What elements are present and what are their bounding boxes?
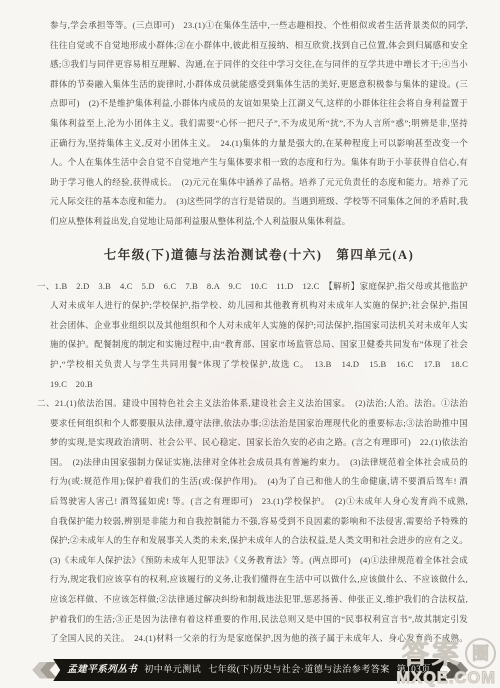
answer-text-line: (3)《未成年人保护法》《预防未成年人犯罪法》《义务教育法》等。(两点即可) (… xyxy=(50,551,468,571)
test-section-heading: 七年级(下)道德与法治测试卷(十六) 第四单元(A) xyxy=(50,245,468,265)
subject-title: 七年级(下)历史与社会·道德与法治参考答案 xyxy=(208,664,390,675)
answer-text-line: 人对未成年人进行的保护;学校保护,指学校、幼儿园和其他教育机构对未成年人实施的保… xyxy=(50,296,468,316)
answer-text-line: 行为,规定我们应该享有的权利,应该履行的义务,让我们懂得在生活中可以做什么,应该… xyxy=(50,570,468,590)
answer-site-watermark: 答案 圈 MXQE.COM xyxy=(396,638,496,687)
answer-text-line: 参与,学会承担等等。(三点即可) 23.(1)①在集体生活中,一些志趣相投、个性… xyxy=(50,16,468,36)
test-type: 初中单元测试 xyxy=(144,664,201,675)
footer-ribbon: 孟建平系列丛书 初中单元测试 七年级(下)历史与社会·道德与法治参考答案 第10… xyxy=(53,659,447,681)
page-content: 参与,学会承担等等。(三点即可) 23.(1)①在集体生活中,一些志趣相投、个性… xyxy=(0,0,500,649)
watermark-circle-badge-icon: 圈 xyxy=(465,638,496,669)
answer-text-line: 应该怎样做、不应该怎样做;②法律通过解决纠纷和制裁违法犯罪,惩恶扬善、伸张正义,… xyxy=(50,590,468,610)
answer-text-line: 二、21.(1)依法治国。建设中国特色社会主义法治体系,建设社会主义法治国家。 … xyxy=(37,394,468,414)
answer-text-line: 集体利益至上,沦为小团体主义。我们需要“心怀一把尺子”,不为成见所“扰”,不为人… xyxy=(50,114,468,134)
answer-text-line: 国。 (2)法律由国家强制力保证实施,法律对全体社会成员具有普遍约束力。 (3)… xyxy=(50,453,468,473)
answer-text-line: 保护;②未成年人的生存和发展事关人类的未来,保护未成年人的合法权益,是人类文明和… xyxy=(50,531,468,551)
watermark-text: 答案 xyxy=(402,639,462,669)
answer-text-line: 梦的实现,是实现政治清明、社会公平、民心稳定、国家长治久安的必由之路。(言之有理… xyxy=(50,433,468,453)
subjective-answers-section: 二、21.(1)依法治国。建设中国特色社会主义法治体系,建设社会主义法治国家。 … xyxy=(50,394,468,649)
scanned-answer-page: 参与,学会承担等等。(三点即可) 23.(1)①在集体生活中,一些志趣相投、个性… xyxy=(0,0,500,688)
answer-text-line: 行为(或:规范作用);保护着我们的生活(或:保护作用)。 (4)为了自己和他人的… xyxy=(50,472,468,492)
paragraph-continuation: 参与,学会承担等等。(三点即可) 23.(1)①在集体生活中,一些志趣相投、个性… xyxy=(50,16,468,232)
answer-text-line: 元人际交往的基本态度和能力。 (3)这些同学的言行是错误的。当遇到班级、学校等不… xyxy=(50,192,468,212)
watermark-brand: 答案 圈 xyxy=(396,638,496,669)
answer-text-line: 后驾驶害人害己! 酒驾猛如虎! 等。(言之有理即可) 23.(1)学校保护。 (… xyxy=(50,492,468,512)
answer-text-line: 点即可) (2)不是维护集体利益,小群体内成员的友谊如果染上江湖义气,这样的小群… xyxy=(50,94,468,114)
answer-text-line: 一、1.B 2.D 3.B 4.C 5.D 6.C 7.B 8.A 9.C 10… xyxy=(37,277,468,297)
answer-text-line: 人。个人在集体生活中会自觉不自觉地产生与集体要求相一致的态度和行为。集体有助于小… xyxy=(50,153,468,173)
answer-text-line: 社会团体、企业事业组织以及其他组织和个人对未成年人实施的保护;司法保护,指国家司… xyxy=(50,316,468,336)
answer-text-line: 护,“学校相关负责人与学生共同用餐”体现了学校保护,故选 C。 13.B 14.… xyxy=(50,355,468,375)
answer-text-line: 要求任何组织和个人都要服从法律,遵守法律,依法办事;②法治是国家治理现代化的重要… xyxy=(50,414,468,434)
answer-text-line: 群体的节奏融入集体生活的旋律时,小群体成员就能感受到集体生活的美好,更愿意积极参… xyxy=(50,75,468,95)
answer-text-line: 们应从整体利益出发,自觉地让局部利益服从整体利益,个人利益服从集体利益。 xyxy=(50,212,468,232)
answer-text-line: 施的保护。配餐制度的制定和实施过程中,由“教育部、国家市场监管总局、国家卫健委共… xyxy=(50,335,468,355)
series-name: 孟建平系列丛书 xyxy=(67,665,137,676)
answer-text-line: 19.C 20.B xyxy=(50,375,468,395)
chevron-left-icon xyxy=(32,662,57,679)
answer-text-line: 正确行为,坚持集体主义,反对小团体主义。 24.(1)集体的力量是强大的,在某种… xyxy=(50,134,468,154)
answer-text-line: 助于学习他人的经验,获得成长。 (2)元元在集体中涵养了品格。培养了元元负责任的… xyxy=(50,173,468,193)
multiple-choice-answers-section: 一、1.B 2.D 3.B 4.C 5.D 6.C 7.B 8.A 9.C 10… xyxy=(50,277,468,395)
answer-text-line: 感;③我们与同伴更容易相互理解、沟通,在于同伴的交往中学习交往,在与同伴的互学共… xyxy=(50,55,468,75)
answer-text-line: 护着我们的生活;③正是因为法律有着这样重要的作用,民法总则又是中国的“民事权利宣… xyxy=(50,610,468,630)
answer-text-line: 自我保护能力较弱,辨别是非能力和自我控制能力不强,容易受到不良因素的影响和不法侵… xyxy=(50,512,468,532)
answer-text-line: 往往自觉或不自觉地形成小群体;②在小群体中,彼此相互接纳、相互欣赏,找到自己位置… xyxy=(50,36,468,56)
watermark-domain: MXQE.COM xyxy=(396,669,496,687)
